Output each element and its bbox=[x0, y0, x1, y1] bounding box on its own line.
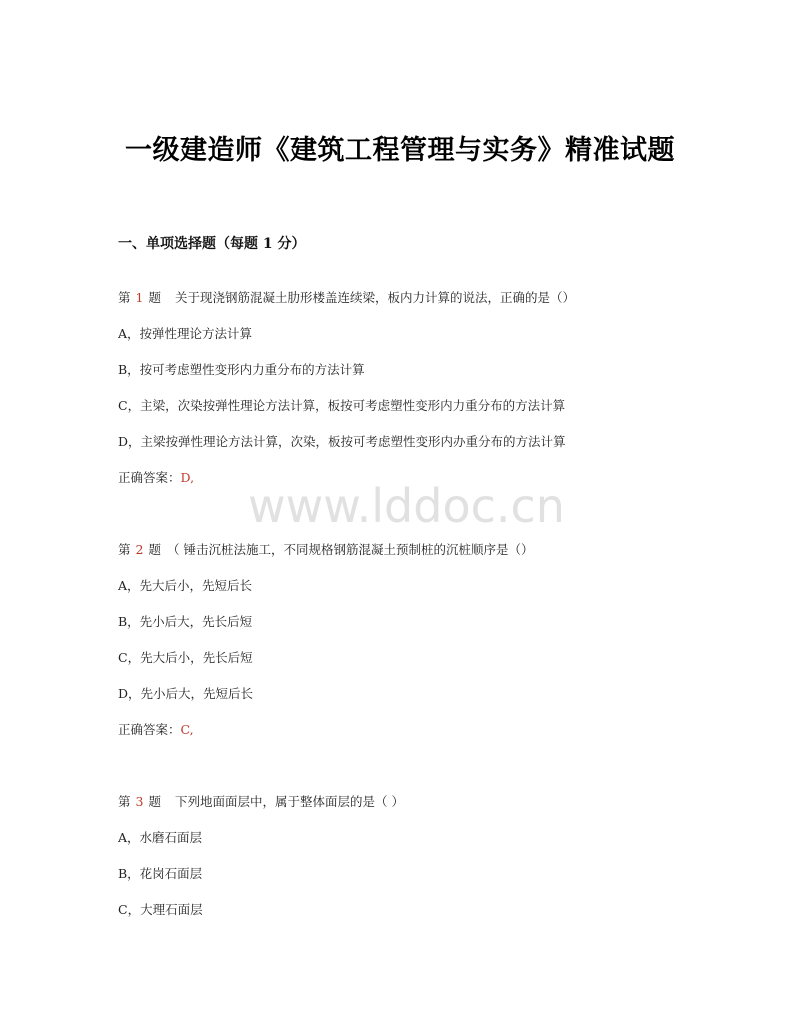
question-3-option-c: C，大理石面层 bbox=[118, 901, 203, 919]
watermark: www.lddoc.cn bbox=[248, 478, 565, 534]
question-3-option-a: A，水磨石面层 bbox=[118, 829, 202, 847]
question-suffix: 题 bbox=[148, 794, 161, 809]
question-2-option-a: A，先大后小，先短后长 bbox=[118, 577, 252, 595]
question-text: 关于现浇钢筋混凝土肋形楼盖连续梁，板内力计算的说法，正确的是（） bbox=[175, 290, 575, 305]
question-3-stem: 第3题下列地面面层中，属于整体面层的是（ ） bbox=[118, 793, 404, 811]
question-2-option-b: B，先小后大，先长后短 bbox=[118, 613, 252, 631]
question-1-stem: 第1题关于现浇钢筋混凝土肋形楼盖连续梁，板内力计算的说法，正确的是（） bbox=[118, 289, 575, 307]
question-1-option-c: C，主梁，次染按弹性理论方法计算，板按可考虑塑性变形内力重分布的方法计算 bbox=[118, 397, 565, 415]
answer-value: D, bbox=[181, 470, 195, 485]
question-2-stem: 第2题（ 锤击沉桩法施工，不同规格钢筋混凝土预制桩的沉桩顺序是（） bbox=[118, 541, 533, 559]
answer-label: 正确答案： bbox=[118, 722, 181, 737]
question-2-answer: 正确答案：C, bbox=[118, 721, 194, 739]
question-suffix: 题 bbox=[148, 542, 161, 557]
question-text: （ 锤击沉桩法施工，不同规格钢筋混凝土预制桩的沉桩顺序是（） bbox=[167, 542, 533, 557]
question-3-option-b: B，花岗石面层 bbox=[118, 865, 202, 883]
answer-value: C, bbox=[181, 722, 194, 737]
question-number: 2 bbox=[131, 542, 149, 557]
question-2-option-c: C，先大后小，先长后短 bbox=[118, 649, 253, 667]
question-1-option-b: B，按可考虑塑性变形内力重分布的方法计算 bbox=[118, 361, 365, 379]
page-title: 一级建造师《建筑工程管理与实务》精准试题 bbox=[0, 133, 800, 169]
question-prefix: 第 bbox=[118, 290, 131, 305]
answer-label: 正确答案： bbox=[118, 470, 181, 485]
question-number: 3 bbox=[131, 794, 149, 809]
question-1-option-a: A，按弹性理论方法计算 bbox=[118, 325, 252, 343]
question-1-option-d: D，主梁按弹性理论方法计算，次染，板按可考虑塑性变形内办重分布的方法计算 bbox=[118, 433, 566, 451]
question-prefix: 第 bbox=[118, 794, 131, 809]
question-1-answer: 正确答案：D, bbox=[118, 469, 194, 487]
question-2-option-d: D，先小后大，先短后长 bbox=[118, 685, 253, 703]
question-text: 下列地面面层中，属于整体面层的是（ ） bbox=[175, 794, 404, 809]
question-prefix: 第 bbox=[118, 542, 131, 557]
question-number: 1 bbox=[131, 290, 149, 305]
section-heading: 一、单项选择题（每题 1 分） bbox=[118, 234, 306, 254]
question-suffix: 题 bbox=[148, 290, 161, 305]
